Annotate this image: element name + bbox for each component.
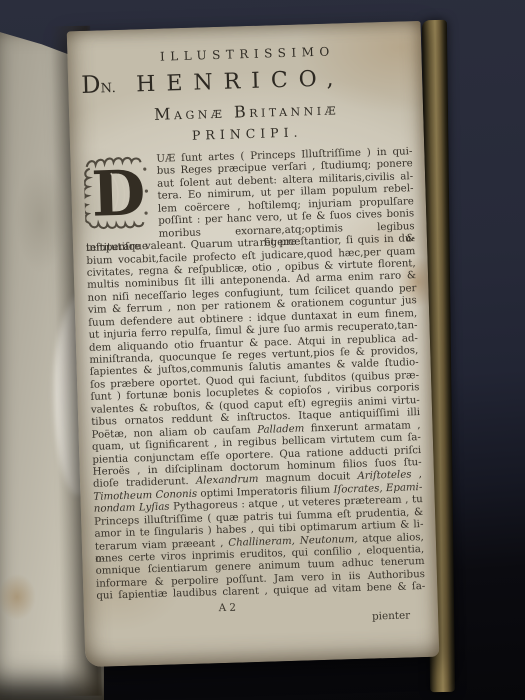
woodcut-drop-cap-D: D [83,155,151,231]
dedication-page: ILLUSTRISSIMO DN. HENRICO, Magnæ Britann… [67,21,440,667]
heading-realm: Magnæ Britanniæ [82,97,411,126]
heading-dedication: ILLUSTRISSIMO [80,42,409,66]
paper-stain [0,564,44,630]
heading-title: PRINCIPI. [83,121,412,146]
heading-abbr-n: N. [100,81,116,96]
book-photograph: ILLUSTRISSIMO DN. HENRICO, Magnæ Britann… [0,0,525,700]
page-content: ILLUSTRISSIMO DN. HENRICO, Magnæ Britann… [67,21,440,667]
heading-name-row: DN. HENRICO, [81,63,411,99]
heading-name-henrico: HENRICO, [136,66,345,97]
body-text: D UÆ ſunt artes ( Princeps Illuſtriſſime… [83,146,425,603]
heading-abbr-d: D [81,72,101,97]
